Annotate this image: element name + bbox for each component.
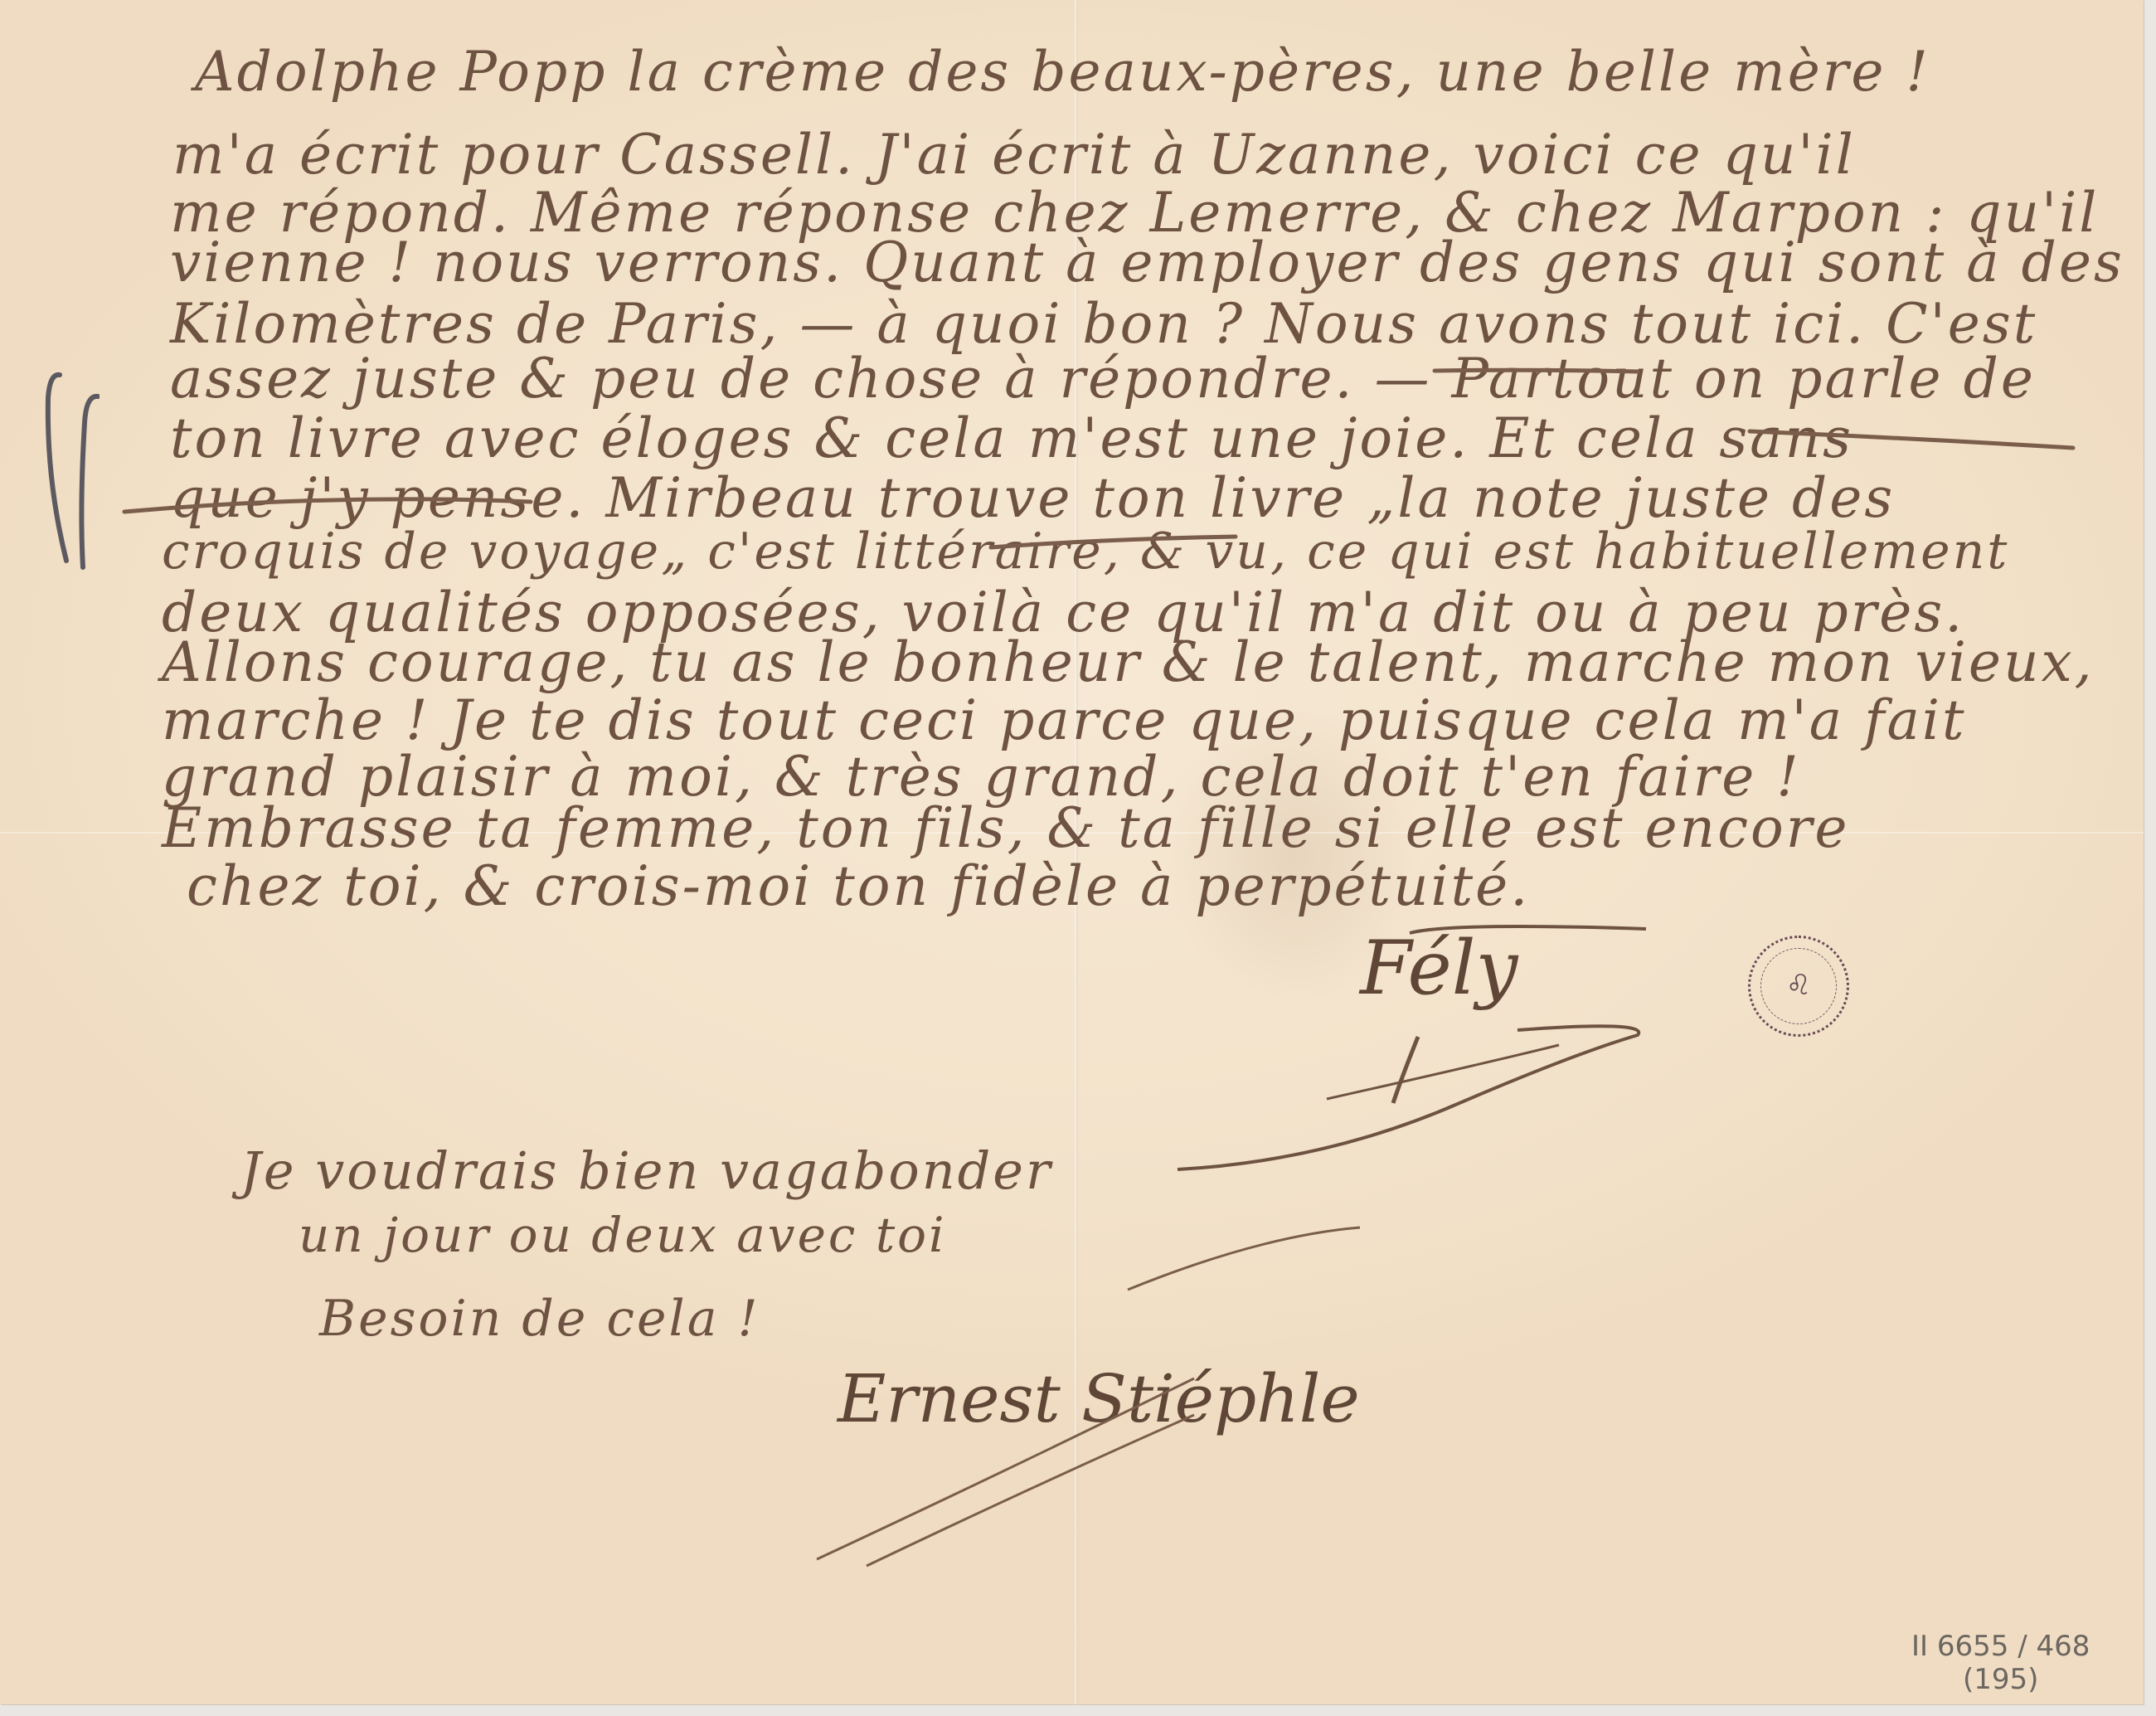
signature-underline-strokes [0,0,2144,1704]
letter-page: Adolphe Popp la crème des beaux-pères, u… [0,0,2144,1704]
archive-shelfmark: II 6655 / 468 (195) [1911,1630,2090,1696]
shelfmark-folio: (195) [1911,1663,2090,1696]
shelfmark-number: II 6655 / 468 [1911,1630,2090,1663]
